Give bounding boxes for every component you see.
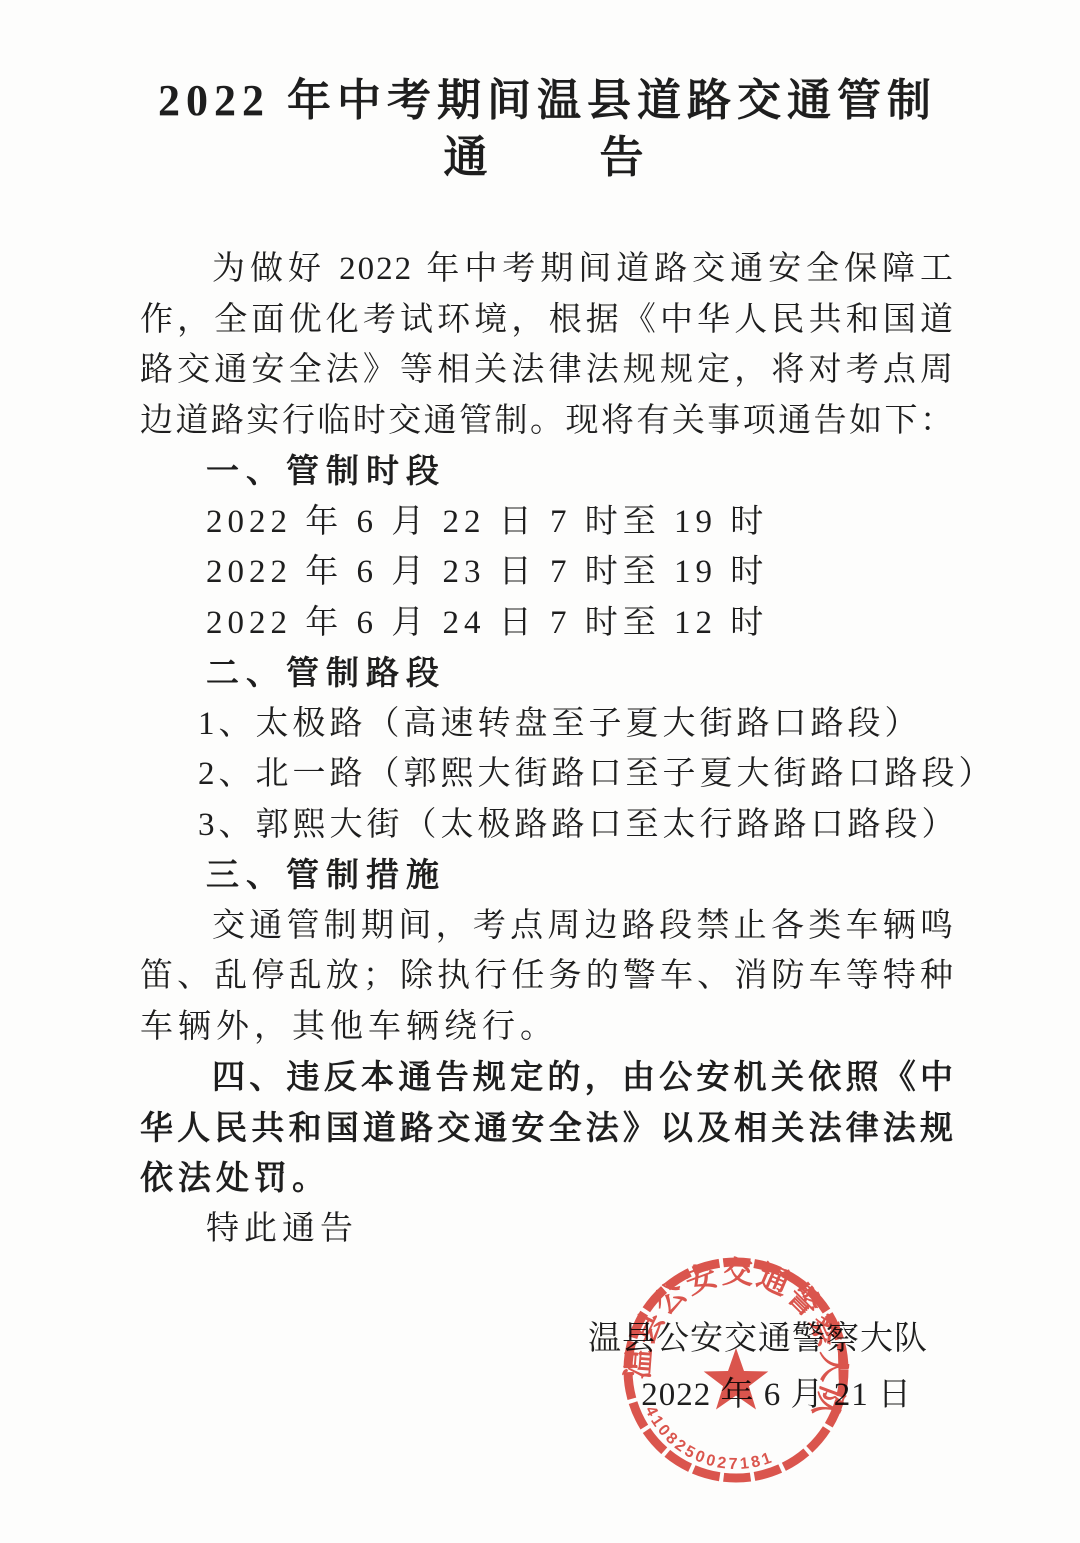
intro-line: 路交通安全法》等相关法律法规规定，将对考点周	[140, 345, 955, 396]
seal-graphic: 温县公安交通警察大队 4108250027181	[616, 1250, 858, 1495]
intro-line: 作，全面优化考试环境，根据《中华人民共和国道	[140, 295, 955, 346]
notice-text: 为做好 2022 年中考期间道路交通安全保障工 作，全面优化考试环境，根据《中华…	[140, 244, 955, 1254]
measures-line: 笛、乱停乱放；除执行任务的警车、消防车等特种	[140, 951, 955, 1002]
penalty-line: 依法处罚。	[140, 1153, 955, 1204]
control-road: 3、郭熙大街（太极路路口至太行路路口路段）	[140, 800, 955, 851]
closing-line: 特此通告	[140, 1204, 955, 1255]
section1-heading: 一、管制时段	[140, 446, 955, 497]
measures-line: 车辆外，其他车辆绕行。	[140, 1002, 955, 1053]
control-road: 2、北一路（郭熙大街路口至子夏大街路口路段）	[140, 749, 955, 800]
control-time: 2022 年 6 月 24 日 7 时至 12 时	[140, 598, 955, 649]
notice-document: 2022 年中考期间温县道路交通管制 通 告 为做好 2022 年中考期间道路交…	[0, 0, 1080, 1543]
intro-line: 为做好 2022 年中考期间道路交通安全保障工	[140, 244, 955, 295]
document-title: 2022 年中考期间温县道路交通管制 通 告	[140, 72, 955, 186]
official-seal: 温县公安交通警察大队 4108250027181	[616, 1250, 858, 1495]
section2-heading: 二、管制路段	[140, 648, 955, 699]
control-road: 1、太极路（高速转盘至子夏大街路口路段）	[140, 699, 955, 750]
penalty-line: 四、违反本通告规定的，由公安机关依照《中	[140, 1052, 955, 1103]
seal-ring-text: 温县公安交通警察大队	[620, 1255, 851, 1426]
section3-heading: 三、管制措施	[140, 850, 955, 901]
seal-star-icon	[704, 1348, 769, 1410]
title-line-1: 2022 年中考期间温县道路交通管制	[140, 72, 955, 129]
control-time: 2022 年 6 月 22 日 7 时至 19 时	[140, 497, 955, 548]
document-body: 2022 年中考期间温县道路交通管制 通 告 为做好 2022 年中考期间道路交…	[140, 0, 955, 1254]
penalty-line: 华人民共和国道路交通安全法》以及相关法律法规	[140, 1103, 955, 1154]
title-line-2: 通 告	[140, 129, 955, 186]
measures-line: 交通管制期间，考点周边路段禁止各类车辆鸣	[140, 901, 955, 952]
intro-line: 边道路实行临时交通管制。现将有关事项通告如下：	[140, 396, 955, 447]
seal-number: 4108250027181	[641, 1404, 776, 1474]
control-time: 2022 年 6 月 23 日 7 时至 19 时	[140, 547, 955, 598]
